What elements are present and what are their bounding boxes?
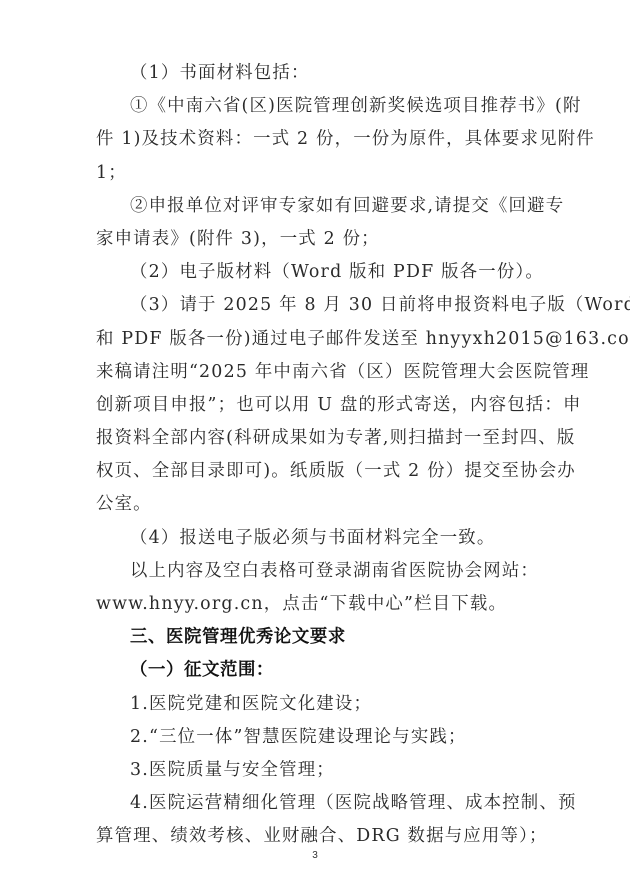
paragraph-download-url: www.hnyy.org.cn，点击“下载中心”栏目下载。 bbox=[96, 588, 544, 621]
paragraph-item-2-cont: 家申请表》(附件 3)，一式 2 份； bbox=[96, 223, 544, 256]
list-item-3: 3.医院质量与安全管理； bbox=[96, 754, 544, 787]
paragraph-item-1-cont: 1； bbox=[96, 157, 544, 190]
paragraph-item-1: ①《中南六省(区)医院管理创新奖候选项目推荐书》(附 bbox=[96, 90, 544, 123]
paragraph-item-1-cont: 件 1)及技术资料：一式 2 份，一份为原件，具体要求见附件 bbox=[96, 123, 544, 156]
document-page: （1）书面材料包括： ①《中南六省(区)医院管理创新奖候选项目推荐书》(附 件 … bbox=[96, 57, 544, 854]
paragraph-submission-cont: 来稿请注明“2025 年中南六省（区）医院管理大会医院管理 bbox=[96, 356, 544, 389]
paragraph-item-2: ②申报单位对评审专家如有回避要求,请提交《回避专 bbox=[96, 190, 544, 223]
page-number: 3 bbox=[0, 850, 630, 861]
list-item-4: 4.医院运营精细化管理（医院战略管理、成本控制、预 bbox=[96, 787, 544, 820]
paragraph-electronic-materials: （2）电子版材料（Word 版和 PDF 版各一份）。 bbox=[96, 256, 544, 289]
paragraph-download-info: 以上内容及空白表格可登录湖南省医院协会网站： bbox=[96, 555, 544, 588]
list-item-1: 1.医院党建和医院文化建设； bbox=[96, 688, 544, 721]
paragraph-submission-cont: 报资料全部内容(科研成果如为专著,则扫描封一至封四、版 bbox=[96, 422, 544, 455]
paragraph-submission-cont: 创新项目申报”；也可以用 U 盘的形式寄送，内容包括：申 bbox=[96, 389, 544, 422]
paragraph-submission-cont: 公室。 bbox=[96, 488, 544, 521]
list-item-4-cont: 算管理、绩效考核、业财融合、DRG 数据与应用等）； bbox=[96, 820, 544, 853]
list-item-2: 2.“三位一体”智慧医院建设理论与实践； bbox=[96, 721, 544, 754]
section-heading-papers: 三、医院管理优秀论文要求 bbox=[96, 621, 544, 654]
paragraph-written-materials: （1）书面材料包括： bbox=[96, 57, 544, 90]
paragraph-submission-cont: 权页、全部目录即可)。纸质版（一式 2 份）提交至协会办 bbox=[96, 455, 544, 488]
subsection-heading-scope: （一）征文范围： bbox=[96, 654, 544, 687]
paragraph-submission-deadline: （3）请于 2025 年 8 月 30 日前将申报资料电子版（Word bbox=[96, 289, 544, 322]
paragraph-consistency: （4）报送电子版必须与书面材料完全一致。 bbox=[96, 522, 544, 555]
paragraph-submission-email: 和 PDF 版各一份)通过电子邮件发送至 hnyyxh2015@163.com, bbox=[96, 323, 544, 356]
